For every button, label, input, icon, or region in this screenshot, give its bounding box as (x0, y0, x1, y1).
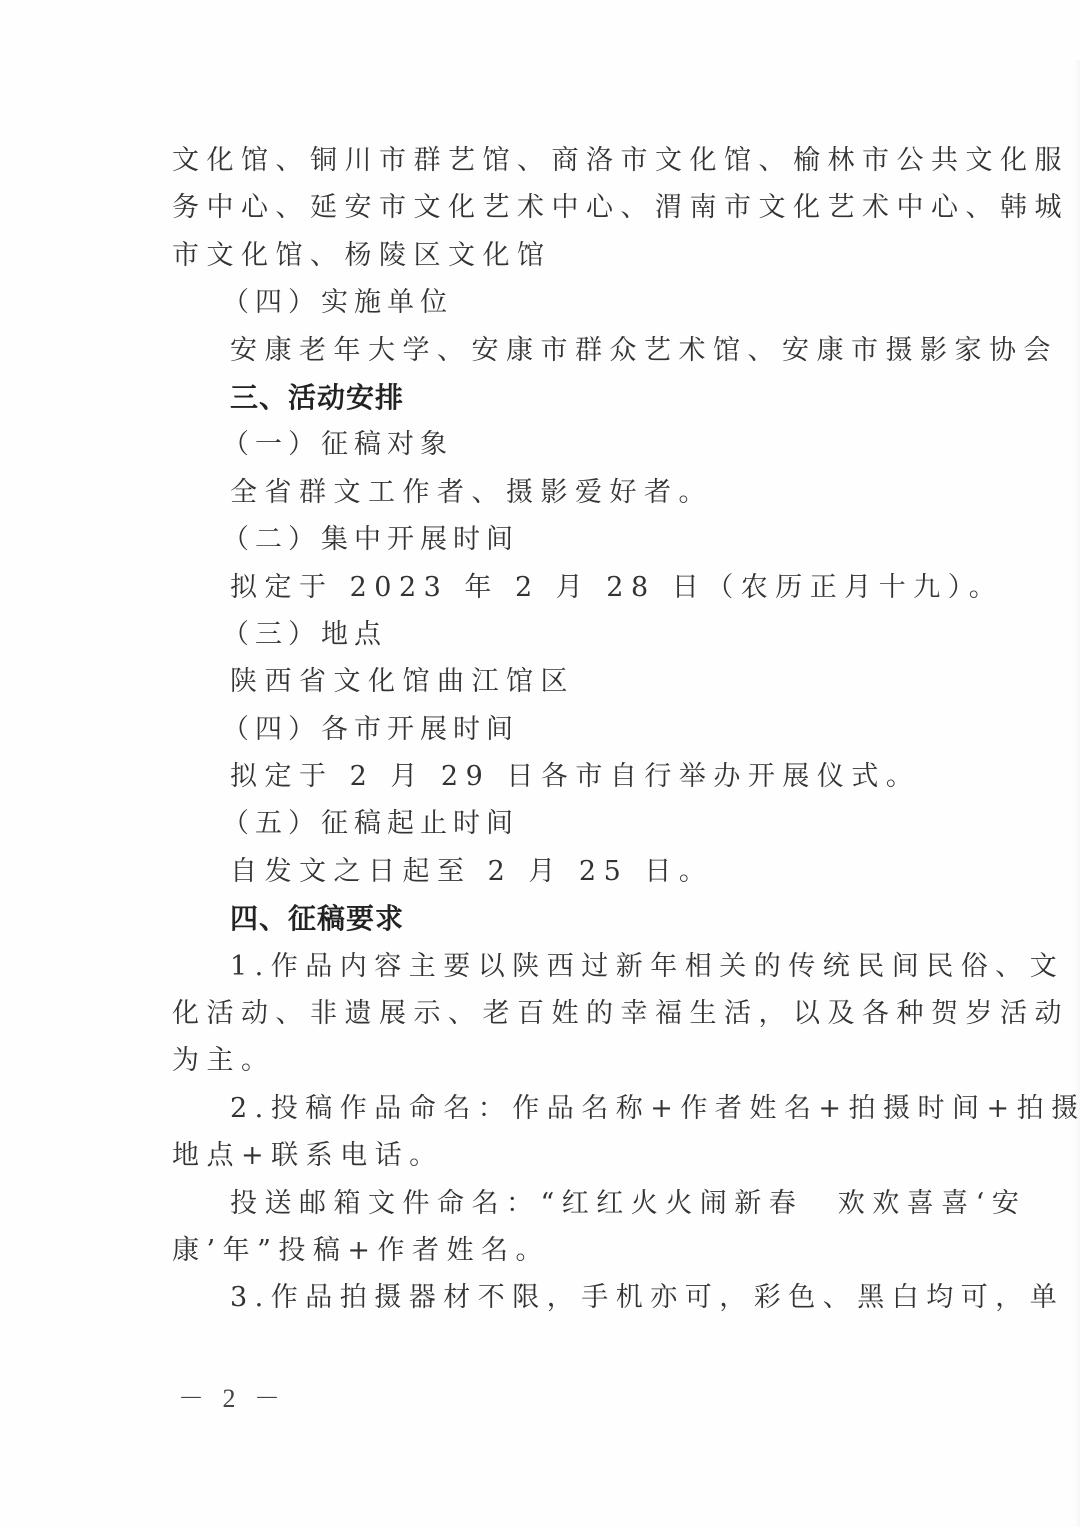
paragraph-line: 安康老年大学、安康市群众艺术馆、安康市摄影家协会 (172, 327, 900, 374)
paragraph-line: 2.投稿作品命名：作品名称+作者姓名+拍摄时间+拍摄 (172, 1085, 900, 1132)
page-edge-shadow (1074, 60, 1080, 1527)
paragraph-line: 市文化馆、杨陵区文化馆 (172, 232, 900, 279)
paragraph-line: 文化馆、铜川市群艺馆、商洛市文化馆、榆林市公共文化服 (172, 137, 900, 184)
paragraph-line: 康’年”投稿+作者姓名。 (172, 1227, 900, 1274)
subheading-submission-period: （五）征稿起止时间 (172, 800, 900, 847)
paragraph-line: 自发文之日起至 2 月 25 日。 (172, 848, 900, 895)
subheading-city-launch-time: （四）各市开展时间 (172, 706, 900, 753)
paragraph-line: 为主。 (172, 1037, 900, 1084)
paragraph-line: 地点+联系电话。 (172, 1132, 900, 1179)
paragraph-line: 投送邮箱文件命名：“红红火火闹新春 欢欢喜喜‘安 (172, 1180, 900, 1227)
section-heading-submission-requirements: 四、征稿要求 (172, 895, 900, 942)
paragraph-line: 1.作品内容主要以陕西过新年相关的传统民间民俗、文 (172, 943, 900, 990)
paragraph-line: 3.作品拍摄器材不限，手机亦可，彩色、黑白均可，单 (172, 1274, 900, 1321)
paragraph-line: 拟定于 2023 年 2 月 28 日（农历正月十九）。 (172, 564, 900, 611)
paragraph-line: 务中心、延安市文化艺术中心、渭南市文化艺术中心、韩城 (172, 184, 900, 231)
subheading-implementing-units: （四）实施单位 (172, 279, 900, 326)
page-number: － 2 － (178, 1378, 286, 1415)
document-page: 文化馆、铜川市群艺馆、商洛市文化馆、榆林市公共文化服 务中心、延安市文化艺术中心… (0, 0, 1080, 1527)
subheading-submission-targets: （一）征稿对象 (172, 421, 900, 468)
paragraph-line: 陕西省文化馆曲江馆区 (172, 658, 900, 705)
paragraph-line: 全省群文工作者、摄影爱好者。 (172, 469, 900, 516)
subheading-central-launch-time: （二）集中开展时间 (172, 516, 900, 563)
paragraph-line: 拟定于 2 月 29 日各市自行举办开展仪式。 (172, 753, 900, 800)
paragraph-line: 化活动、非遗展示、老百姓的幸福生活，以及各种贺岁活动 (172, 990, 900, 1037)
subheading-location: （三）地点 (172, 611, 900, 658)
document-body: 文化馆、铜川市群艺馆、商洛市文化馆、榆林市公共文化服 务中心、延安市文化艺术中心… (172, 137, 900, 1322)
section-heading-activity-arrangement: 三、活动安排 (172, 374, 900, 421)
